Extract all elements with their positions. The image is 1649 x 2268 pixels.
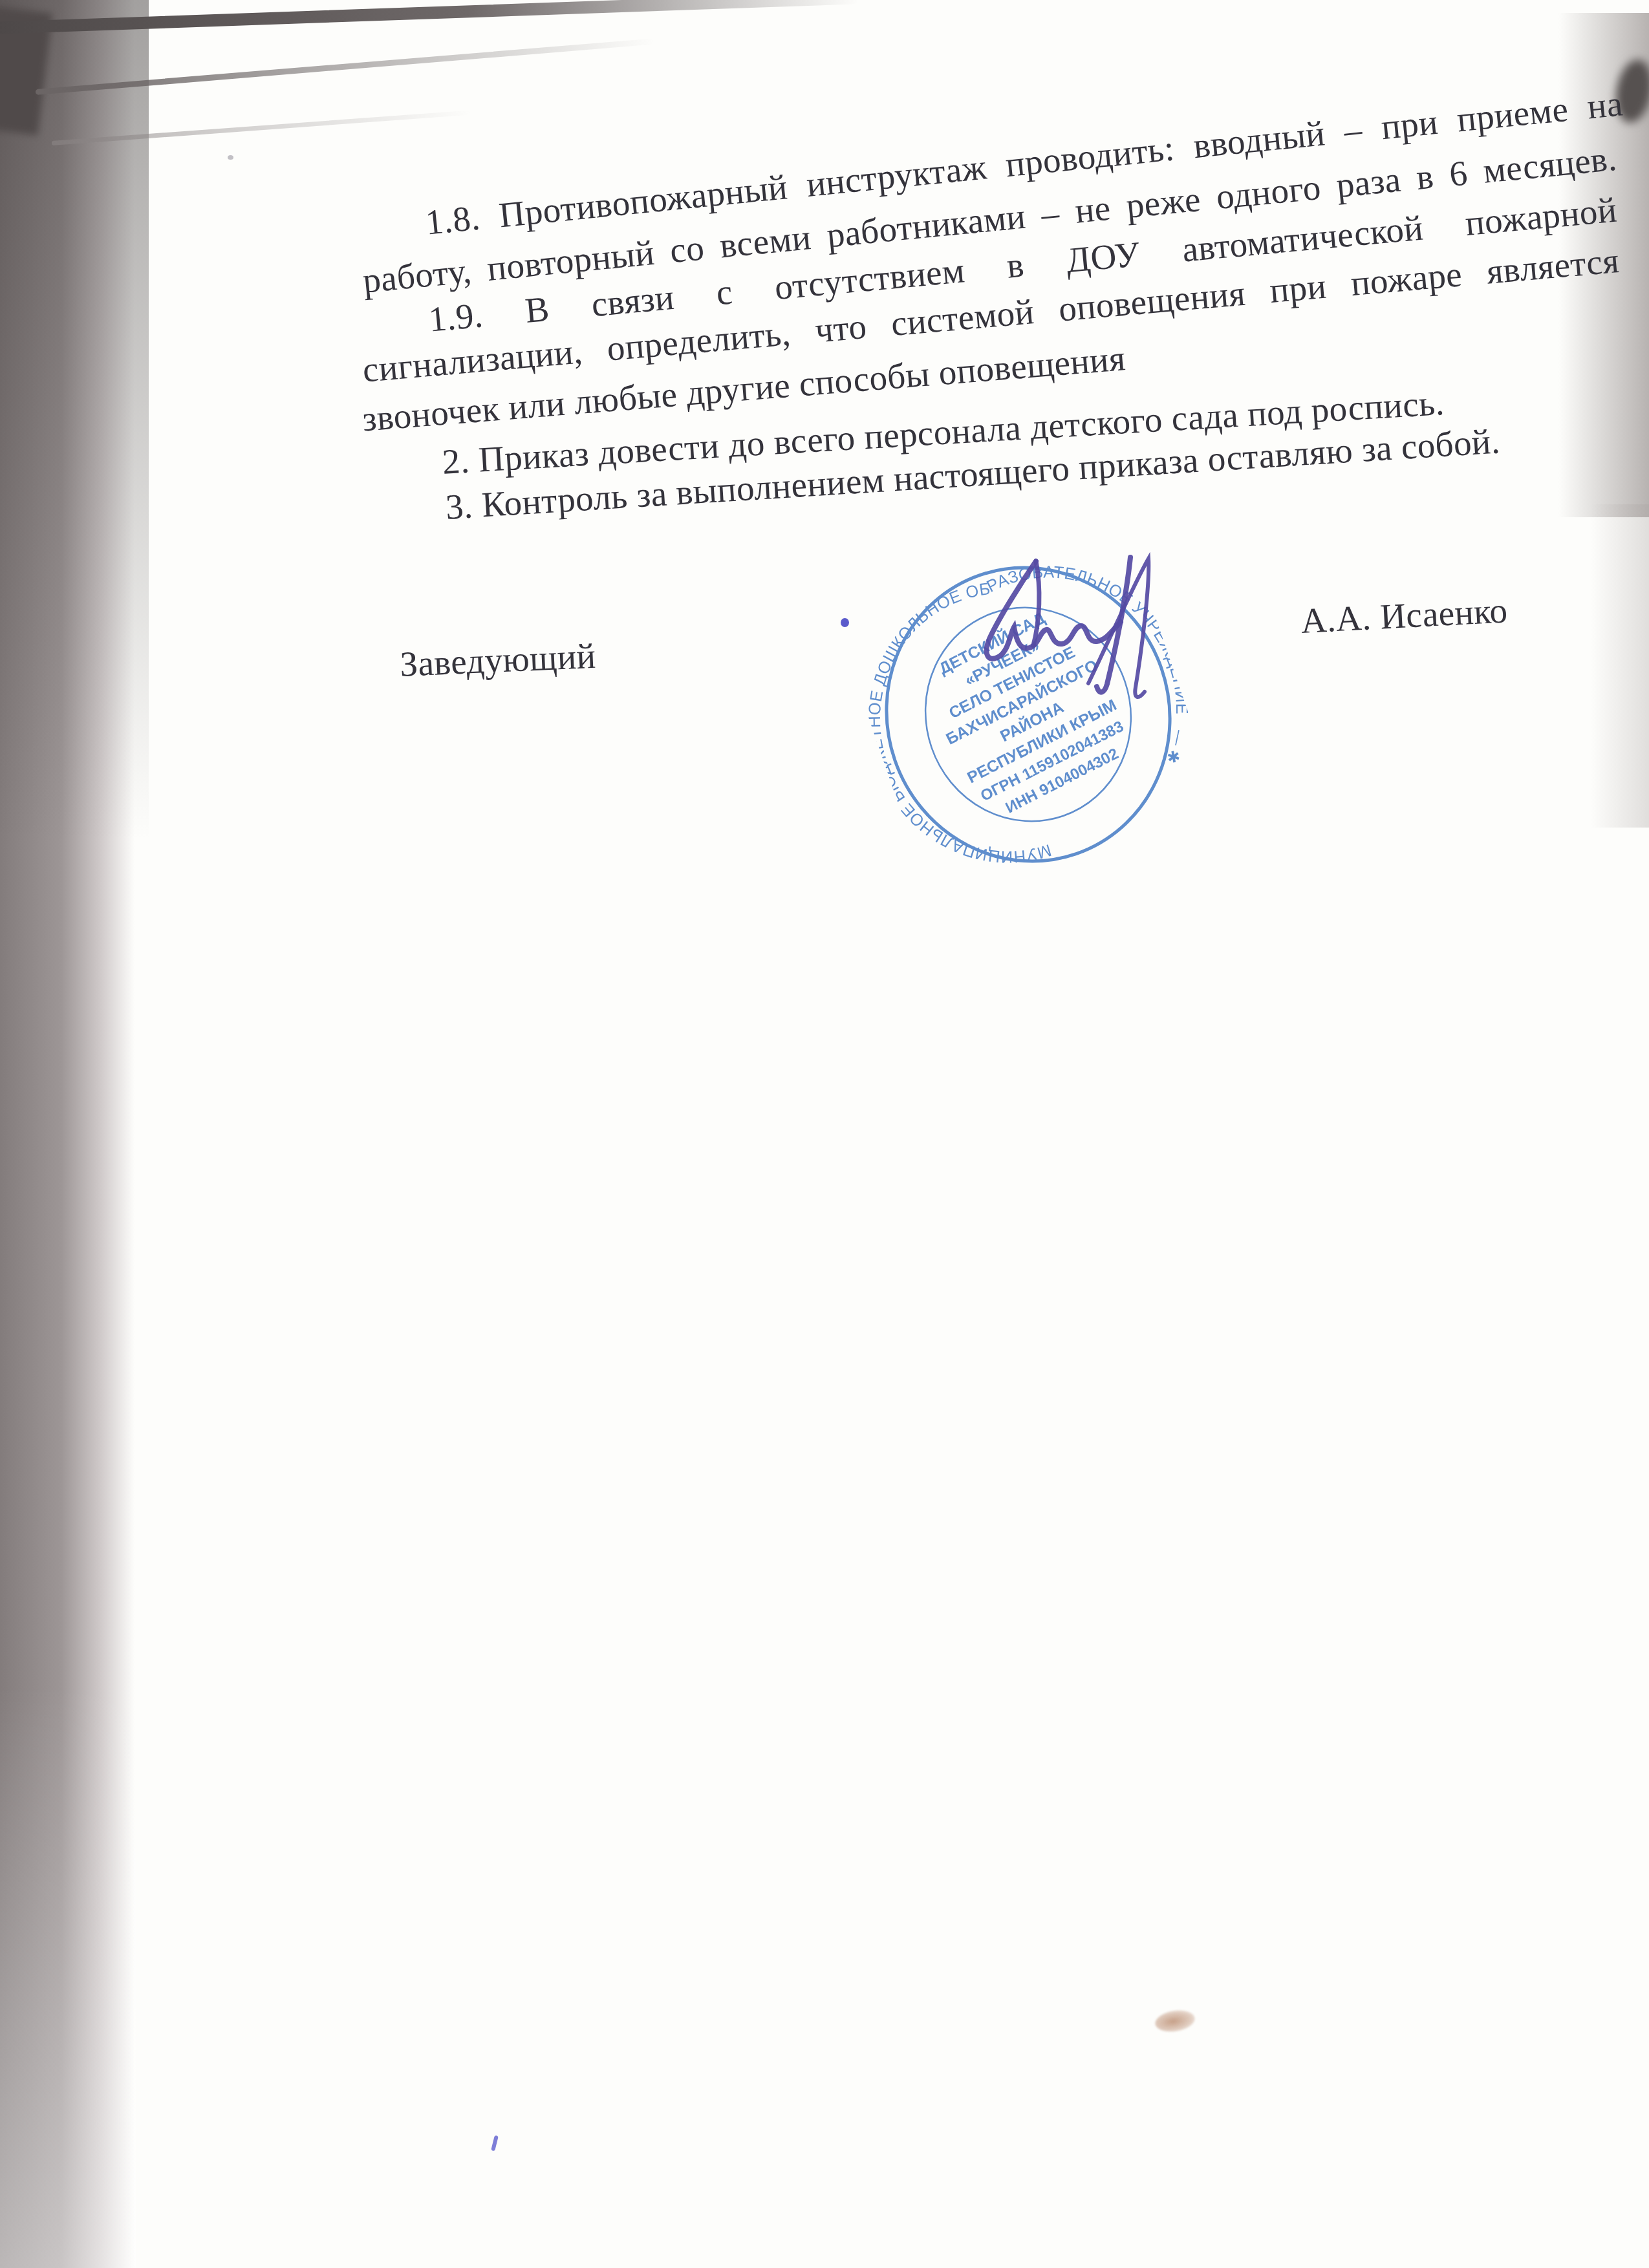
scanner-shadow-left-bottom [0, 1686, 136, 2268]
signature-stroke [1097, 557, 1130, 692]
signatory-name-label: А.А. Исаенко [1300, 589, 1509, 643]
stamp-ring-separator: — ✱ [1154, 723, 1198, 770]
handwritten-signature [944, 543, 1190, 724]
paper-speck [228, 155, 233, 160]
svg-text:— ✱: — ✱ [1154, 723, 1198, 770]
paper-stain [1154, 2007, 1196, 2034]
signature-stroke [987, 561, 1121, 659]
scanner-shadow-right-low [1591, 504, 1649, 828]
signatory-role-label: Заведующий [399, 635, 597, 686]
ink-speck [491, 2135, 499, 2152]
signature-stroke [1033, 561, 1039, 645]
scanned-document-page: 1.8. Противопожарный инструктаж проводит… [0, 0, 1649, 2268]
